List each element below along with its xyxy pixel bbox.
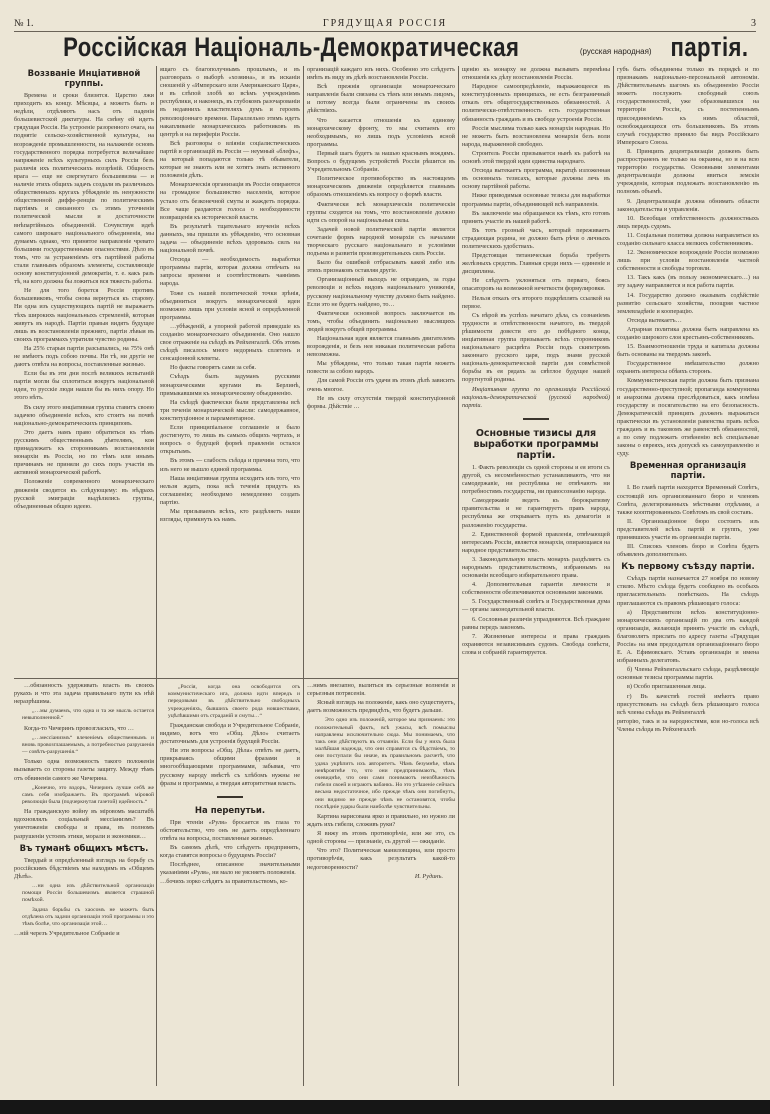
quote: „…мы думаемъ, что одна и та же мысль ост… <box>14 708 154 722</box>
paragraph: Нельзя отказъ отъ второго подкрѣплять сс… <box>462 295 610 311</box>
paragraph: риторію, такъ и за народностями, кои но-… <box>617 718 759 734</box>
column-2-upper: ящаго съ благополучнымъ прошлымъ, и въ р… <box>160 66 300 676</box>
paragraph: 10. Всеобщая отвѣтственность должностных… <box>617 215 759 231</box>
quote: „Конечно, это вздоръ, Чичеринъ лучше себ… <box>14 785 154 807</box>
paragraph: Ясный взглядъ на положеніе, какъ оно сущ… <box>307 699 455 715</box>
paragraph: Аграрная политика должна быть направлена… <box>617 326 759 342</box>
paragraph: Государственное вмѣшательство должно охр… <box>617 360 759 376</box>
paragraph: Съ вѣрой въ успѣхъ начатаго дѣла, съ соз… <box>462 312 610 385</box>
author-signature: И. Рудинъ. <box>307 873 455 881</box>
general-places-heading: Въ туманѣ общихъ мѣстъ. <box>14 844 154 854</box>
column-1-upper: Воззваніе Инціативной группы. Времена и … <box>14 66 154 676</box>
paragraph: Не для того борется Россія противъ больш… <box>14 287 154 344</box>
paragraph: Въ результатѣ тщательнаго изученія всѣхъ… <box>160 223 300 255</box>
paragraph: Положеніе современного монархическаго дв… <box>14 478 154 510</box>
paragraph: Картина нарисована ярко и правильно, но … <box>307 813 455 829</box>
paragraph: Коммунистическая партія должна быть приз… <box>617 377 759 458</box>
paragraph: 9. Децентрализація должна обнимать облас… <box>617 198 759 214</box>
paragraph: Политическое противоборство въ настоящем… <box>307 175 455 199</box>
masthead-subtitle: (русская народная) <box>580 47 652 56</box>
paragraph: На 25% старыя партіи разсыпались, на 75%… <box>14 345 154 369</box>
section-rule <box>14 678 458 679</box>
paragraph: губъ быть объединены только въ порядкѣ и… <box>617 66 759 147</box>
paragraph: Въ силу этого инціативная группа ставитъ… <box>14 404 154 428</box>
paragraph: ящаго съ благополучнымъ прошлымъ, и въ р… <box>160 66 300 139</box>
paragraph: Тоже съ нашей политической точки зрѣнія,… <box>160 290 300 322</box>
paragraph: Монархическія организаціи въ Россіи опир… <box>160 181 300 221</box>
thesis-item: 1. Фактъ революціи съ одной стороны и ея… <box>462 464 610 496</box>
column-1-lower: …обязанность удерживать власть въ своихъ… <box>14 682 154 1086</box>
paragraph: Мы убѣждены, что только такая партія мож… <box>307 360 455 376</box>
paragraph: Если принципіальное соглашеніе и было до… <box>160 424 300 456</box>
paragraph: организацій каждаго изъ нихъ. Особенно э… <box>307 66 455 82</box>
quote: Это одно изъ положеній, которое мы призн… <box>307 717 455 811</box>
paragraph: щенію къ монарху не должна вызывать пере… <box>462 66 610 82</box>
paragraph: Твердый и опредѣленный взглядъ на борьбу… <box>14 857 154 881</box>
paragraph: III. Списокъ членовъ бюро и Совѣта будет… <box>617 543 759 559</box>
page-number: 3 <box>751 18 756 29</box>
thesis-item: 2. Единственной формой правленія, отвѣча… <box>462 531 610 555</box>
paragraph: Организаціонный выходъ не оправданъ, за … <box>307 276 455 308</box>
temporary-organization-heading: Временная организація партіи. <box>617 461 759 481</box>
masthead-title-right: партія. <box>670 32 748 63</box>
paragraph: 15. Взаимоотношенія труда и капитала дол… <box>617 343 759 359</box>
newspaper-title: ГРЯДУЩАЯ РОССІЯ <box>14 18 756 29</box>
paragraph: Я вижу въ этомъ противорѣчіе, или же это… <box>307 830 455 846</box>
masthead-title-left: Россійская Національ-Демократическая <box>64 32 520 63</box>
paragraph: Это даетъ намъ право обратиться къ тѣмъ … <box>14 429 154 478</box>
column-5: губъ быть объединены только въ порядкѣ и… <box>617 66 759 1086</box>
thesis-item: Самодержавіе ведетъ къ бюрократизму прав… <box>462 497 610 529</box>
paragraph: 13. Такъ какъ (въ пользу экономическаго…… <box>617 274 759 290</box>
scan-bottom-edge <box>0 1100 770 1114</box>
paragraph: Для самой Россіи отъ удачи въ этомъ дѣлѣ… <box>307 377 455 393</box>
paragraph: Первый шагъ будетъ за нашью краснымъ вож… <box>307 150 455 174</box>
paragraph: 14. Государство должно оказывать содѣйст… <box>617 292 759 316</box>
paragraph: Всѣ прежнія организаціи монархическаго н… <box>307 83 455 115</box>
paragraph: Фактически всѣ монархическія политическі… <box>307 201 455 225</box>
thesis-item: 6. Сословныя различія упраздняются. Всѣ … <box>462 616 610 632</box>
paragraph: Времена и сроки близятся. Царство лжи пр… <box>14 92 154 286</box>
column-2-lower: „Россія, когда она освободится отъ комму… <box>160 682 300 1086</box>
paragraph: Съѣздъ былъ задуманъ русскими монархичес… <box>160 373 300 397</box>
running-head: № 1. ГРЯДУЩАЯ РОССІЯ 3 <box>14 18 756 32</box>
paragraph: Только одна возможность такого положенія… <box>14 758 154 782</box>
paragraph: Не въ силу отсутствія твердой конституці… <box>307 395 455 411</box>
column-rule <box>458 66 459 1086</box>
paragraph: в) Особо приглашенныя лица. <box>617 683 759 691</box>
paragraph: Задачей новой политической партіи являет… <box>307 226 455 258</box>
paragraph: Всѣ разговоры о вліяніи соціалистических… <box>160 140 300 180</box>
paragraph: б) Члены Рейхенгалльскаго съѣзда, раздѣл… <box>617 666 759 682</box>
paragraph: Ни эти вопросы «Общ. Дѣла» отвѣтъ не дае… <box>160 747 300 787</box>
paragraph: Отсюда вытекаетъ программа, вкратцѣ изло… <box>462 167 610 191</box>
paragraph: На съѣздѣ фактически были представлены в… <box>160 399 300 423</box>
paragraph: …нимъ внезапно, вылиться въ серьезные во… <box>307 682 455 698</box>
paragraph: Отсюда — необходимость выработки програм… <box>160 256 300 288</box>
paragraph: Ниже приводимыя основные тезисы для выра… <box>462 192 610 208</box>
paragraph: Съѣздъ партіи назначается 27 ноября по н… <box>617 575 759 607</box>
masthead: Россійская Національ-Демократическая(рус… <box>0 32 770 62</box>
paragraph: Гражданская свобода и Учредительное Собр… <box>160 722 300 746</box>
column-rule <box>303 66 304 1086</box>
paragraph: …бочихъ зорко слѣдятъ за правительствомъ… <box>160 878 300 886</box>
section-divider <box>217 796 243 798</box>
theses-heading: Основные тизисы для выработки программы … <box>462 428 610 461</box>
paragraph: Что это? Политическая маниловщина, или п… <box>307 847 455 871</box>
paragraph: Въ этомъ — слабость съѣзда и причина тог… <box>160 457 300 473</box>
thesis-item: 5. Государственный совѣтъ и Государствен… <box>462 598 610 614</box>
paragraph: г) Въ качествѣ гостей имѣютъ право прису… <box>617 693 759 717</box>
paragraph: Россія мыслима только какъ монархія наро… <box>462 125 610 149</box>
paragraph: Если бы въ эти дни послѣ великихъ испыта… <box>14 370 154 402</box>
crossroads-heading: На перепутьи. <box>160 806 300 816</box>
paragraph: Въ самомъ дѣлѣ, что слѣдуетъ предпринять… <box>160 844 300 860</box>
paragraph: При чтеніи «Руля» бросается въ глаза то … <box>160 819 300 843</box>
paragraph: Когда-то Чичеринъ провозгласилъ, что … <box>14 725 154 733</box>
quote: Задача борьбы съ хаосомъ не можетъ быть … <box>14 907 154 929</box>
paragraph: …убѣжденій, а упорной работой приведшіе … <box>160 323 300 363</box>
quote: …ни одна изъ дѣйствительной организаціи … <box>14 883 154 905</box>
column-3-lower: …нимъ внезапно, вылиться въ серьезные во… <box>307 682 455 1086</box>
thesis-item: 7. Жизненные интересы и права гражданъ о… <box>462 633 610 657</box>
paragraph: Послѣднее, описанное значительными указа… <box>160 861 300 877</box>
paragraph: Въ тотъ грозный часъ, который переживает… <box>462 227 610 251</box>
paragraph: 8. Принципъ децентрализаціи долженъ быть… <box>617 148 759 197</box>
first-congress-heading: Къ первому съѣзду партіи. <box>617 562 759 572</box>
newspaper-page: № 1. ГРЯДУЩАЯ РОССІЯ 3 Россійская Націон… <box>0 0 770 1100</box>
paragraph: Въ заключеніе мы обращаемся къ тѣмъ, кто… <box>462 210 610 226</box>
paragraph: Народное самоопредѣленіе, выражающееся в… <box>462 83 610 123</box>
column-rule <box>613 66 614 1086</box>
paragraph: а) Представители всѣхъ конституціонно-мо… <box>617 609 759 666</box>
paragraph: Было бы ошибкой отбрасывать какой либо и… <box>307 259 455 275</box>
paragraph: Предстоящая титаническая борьба требуетъ… <box>462 252 610 276</box>
paragraph: Фактически основной вопросъ заключается … <box>307 310 455 334</box>
column-3-upper: организацій каждаго изъ нихъ. Особенно э… <box>307 66 455 676</box>
paragraph: …ній черезъ Учредительное Собраніе и <box>14 930 154 938</box>
appeal-heading: Воззваніе Инціативной группы. <box>14 69 154 89</box>
paragraph: Что касается отношенія къ единому монарх… <box>307 117 455 149</box>
initiative-group-signature: Инціативная группа по организаціи Россій… <box>462 386 610 410</box>
column-rule <box>156 66 157 1086</box>
paragraph: На гражданскую войну въ міровомъ масштаб… <box>14 808 154 840</box>
quote: „Россія, когда она освободится отъ комму… <box>160 684 300 720</box>
column-4: щенію къ монарху не должна вызывать пере… <box>462 66 610 1086</box>
paragraph: I. Во главѣ партіи находится Временный С… <box>617 484 759 516</box>
thesis-item: 4. Дополнительныя гарантіи личности и со… <box>462 581 610 597</box>
paragraph: II. Организаціонное бюро состоитъ изъ пр… <box>617 518 759 542</box>
paragraph: Національная идея является главнымъ двиг… <box>307 335 455 359</box>
quote: „…мессіанизмъ“ влеченіемъ общественнымъ … <box>14 735 154 757</box>
paragraph: Отсюда вытекаетъ… <box>617 317 759 325</box>
paragraph: Но факты говорятъ сами за себя. <box>160 364 300 372</box>
paragraph: Наша инціативная группа исходитъ изъ тог… <box>160 475 300 507</box>
paragraph: 11. Соціальная политика должна направлят… <box>617 232 759 248</box>
paragraph: Мы призываемъ всѣхъ, кто раздѣляетъ наши… <box>160 508 300 524</box>
paragraph: Строитель Россіи призывается нынѣ къ раб… <box>462 150 610 166</box>
paragraph: …обязанность удерживать власть въ своихъ… <box>14 682 154 706</box>
paragraph: 12. Экономическое возрожденіе Россіи воз… <box>617 249 759 273</box>
section-divider <box>523 418 549 420</box>
thesis-item: 3. Законодательную власть монархъ раздѣл… <box>462 556 610 580</box>
paragraph: Не слѣдуетъ уклоняться отъ перваго, бояс… <box>462 277 610 293</box>
